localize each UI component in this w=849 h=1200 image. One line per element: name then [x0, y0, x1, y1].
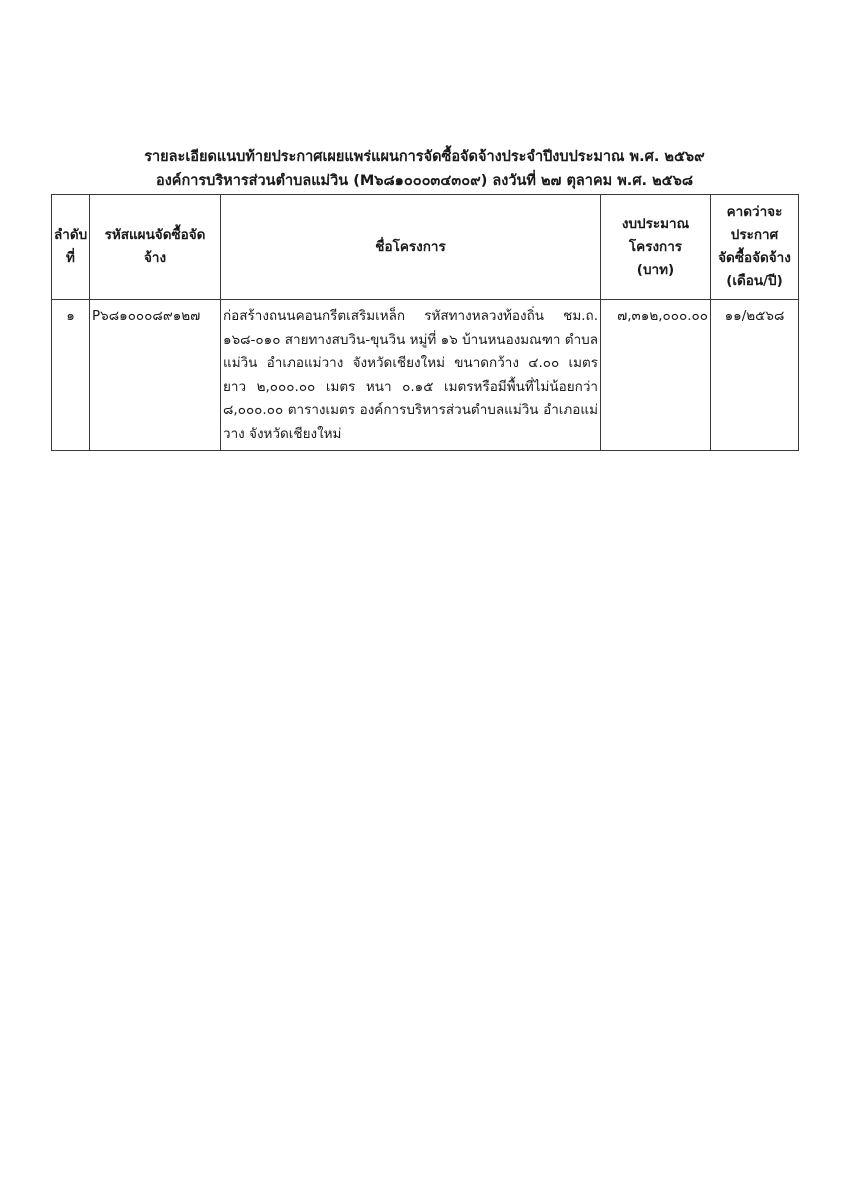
- header-project-name: ชื่อโครงการ: [221, 195, 601, 300]
- header-budget-line: (บาท): [603, 259, 708, 282]
- procurement-plan-table: ลำดับ ที่ รหัสแผนจัดซื้อจัด จ้าง ชื่อโคร…: [51, 194, 799, 451]
- cell-project-name: ก่อสร้างถนนคอนกรีตเสริมเหล็ก รหัสทางหลวง…: [221, 300, 601, 451]
- header-date-line: คาดว่าจะ: [713, 201, 796, 224]
- document-subtitle: องค์การบริหารส่วนตำบลแม่วิน (M๖๘๑๐๐๐๓๔๓๐…: [0, 170, 849, 192]
- header-date-line: ประกาศ: [713, 224, 796, 247]
- header-date-line: จัดซื้อจัดจ้าง: [713, 247, 796, 270]
- document-title: รายละเอียดแนบท้ายประกาศเผยแพร่แผนการจัดซ…: [0, 146, 849, 168]
- header-date-line: (เดือน/ปี): [713, 270, 796, 293]
- table-header-row: ลำดับ ที่ รหัสแผนจัดซื้อจัด จ้าง ชื่อโคร…: [52, 195, 799, 300]
- header-budget-line: งบประมาณ: [603, 213, 708, 236]
- header-no-line: ลำดับ: [54, 224, 87, 247]
- header-expected-date: คาดว่าจะ ประกาศ จัดซื้อจัดจ้าง (เดือน/ปี…: [711, 195, 799, 300]
- header-budget: งบประมาณ โครงการ (บาท): [601, 195, 711, 300]
- header-budget-line: โครงการ: [603, 236, 708, 259]
- cell-budget: ๗,๓๑๒,๐๐๐.๐๐: [601, 300, 711, 451]
- cell-no: ๑: [52, 300, 90, 451]
- cell-plan-code: P๖๘๑๐๐๐๘๙๑๒๗: [90, 300, 221, 451]
- cell-expected-date: ๑๑/๒๕๖๘: [711, 300, 799, 451]
- header-no: ลำดับ ที่: [52, 195, 90, 300]
- header-plan-code-line: รหัสแผนจัดซื้อจัด: [92, 224, 218, 247]
- table-row: ๑ P๖๘๑๐๐๐๘๙๑๒๗ ก่อสร้างถนนคอนกรีตเสริมเห…: [52, 300, 799, 451]
- header-no-line: ที่: [54, 247, 87, 270]
- header-plan-code-line: จ้าง: [92, 247, 218, 270]
- header-plan-code: รหัสแผนจัดซื้อจัด จ้าง: [90, 195, 221, 300]
